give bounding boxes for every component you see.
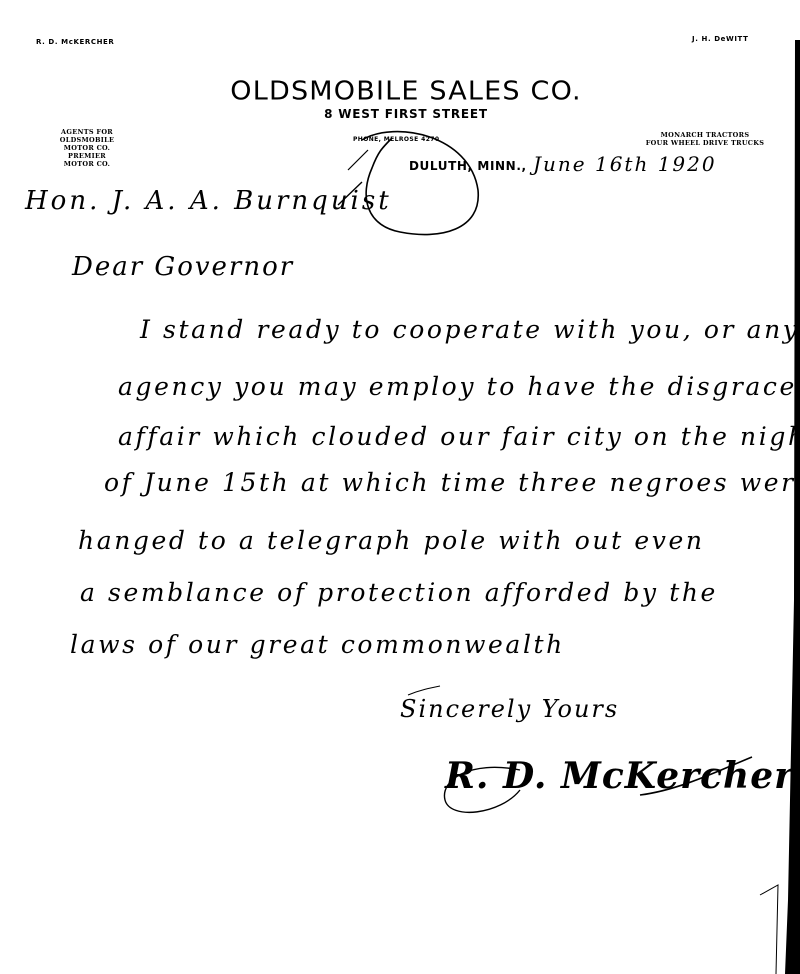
body-line-3: affair which clouded our fair city on th… — [118, 422, 800, 451]
salutation: Dear Governor — [72, 252, 294, 282]
letter-date: June 16th 1920 — [533, 152, 717, 176]
closing: Sincerely Yours — [400, 695, 619, 723]
signature: R. D. McKercher — [445, 755, 794, 797]
body-line-6: a semblance of protection afforded by th… — [80, 578, 718, 607]
page-edge-shadow — [785, 40, 800, 974]
body-line-4: of June 15th at which time three negroes… — [104, 468, 800, 497]
body-line-5: hanged to a telegraph pole with out even — [78, 526, 705, 555]
pen-stroke — [348, 150, 368, 170]
closing-underline-flourish — [408, 686, 440, 695]
recipient-name: Hon. J. A. A. Burnquist — [25, 186, 392, 216]
page-edge-line — [760, 885, 778, 974]
body-line-1: I stand ready to cooperate with you, or … — [140, 315, 800, 344]
body-line-7: laws of our great commonwealth — [70, 630, 565, 659]
hand-drawn-oval — [362, 132, 478, 235]
body-line-2: agency you may employ to have the disgra… — [118, 372, 800, 401]
